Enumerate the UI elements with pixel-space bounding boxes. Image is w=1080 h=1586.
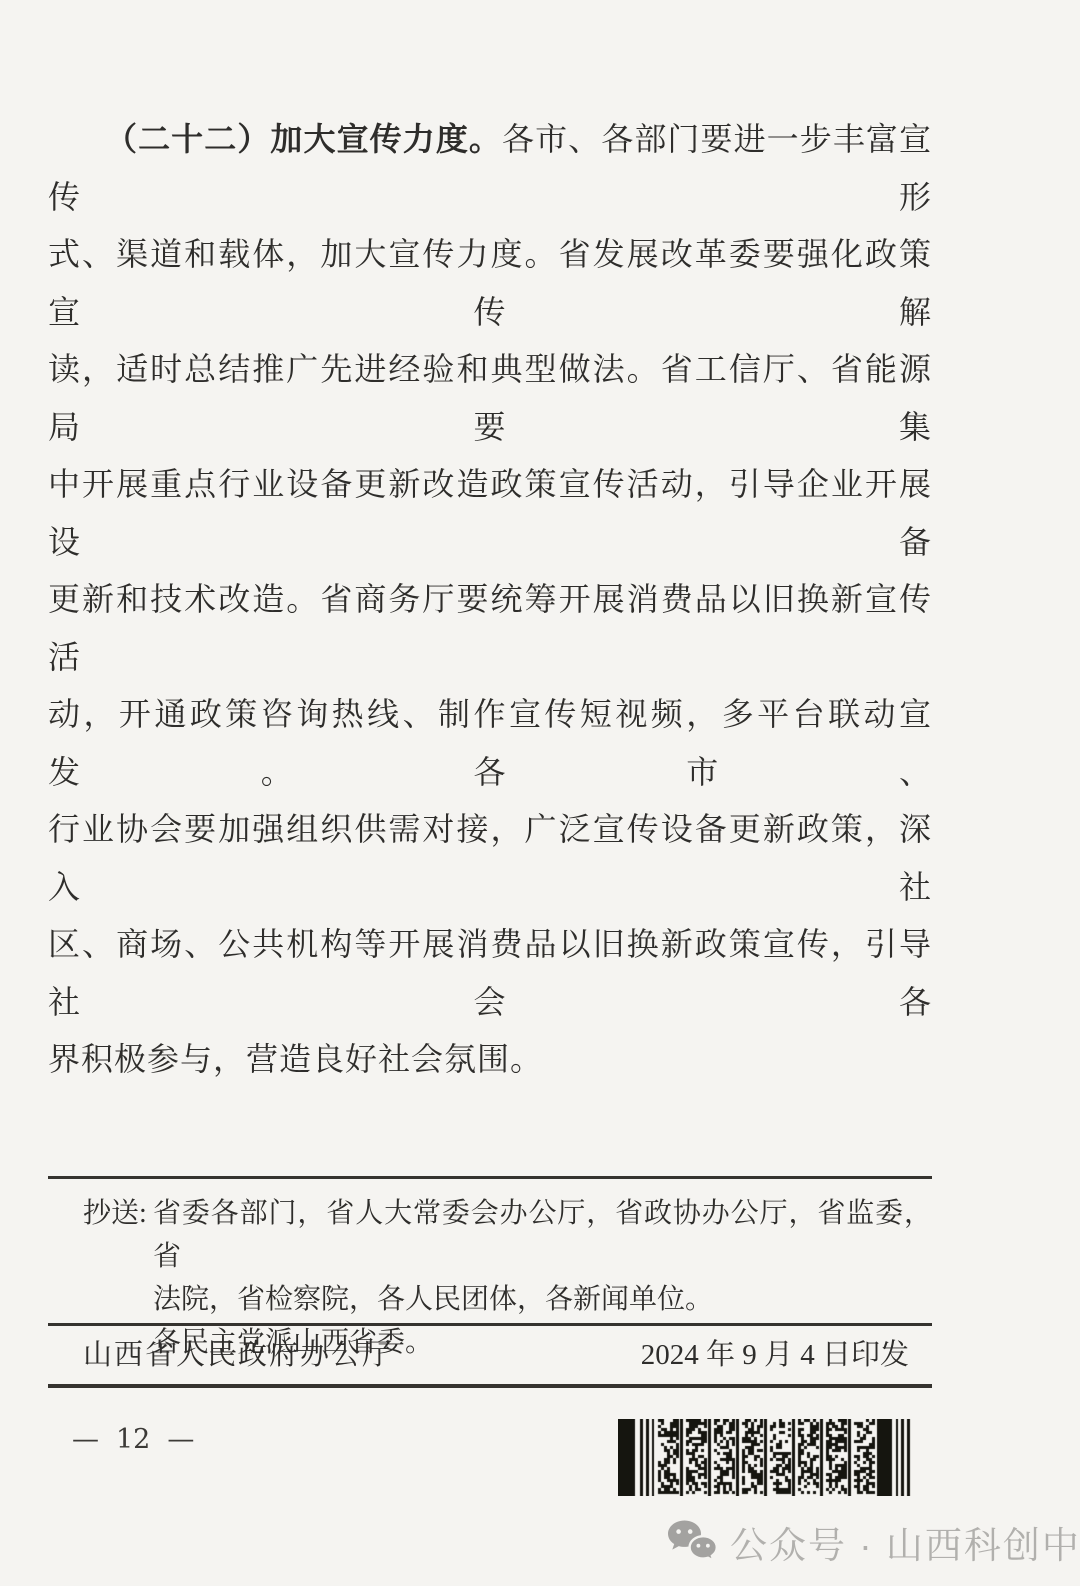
issuer-row: 山西省人民政府办公厅 2024 年 9 月 4 日印发 <box>83 1338 909 1372</box>
print-date: 2024 年 9 月 4 日印发 <box>641 1338 909 1372</box>
watermark-text: 公众号 · 山西科创中心 <box>730 1515 1080 1569</box>
paragraph-line: 中开展重点行业设备更新改造政策宣传活动，引导企业开展设备 <box>48 456 932 571</box>
page-number: — 12 — <box>72 1424 194 1455</box>
issuing-office: 山西省人民政府办公厅 <box>83 1338 393 1372</box>
paragraph-line: 读，适时总结推广先进经验和典型做法。省工信厅、省能源局要集 <box>48 341 932 456</box>
divider-bottom <box>48 1384 932 1388</box>
clause-heading: （二十二）加大宣传力度。 <box>105 121 502 157</box>
paragraph-line: 更新和技术改造。省商务厅要统筹开展消费品以旧换新宣传活 <box>48 571 932 686</box>
page-number-value: 12 <box>116 1424 150 1455</box>
page-number-dash: — <box>72 1424 99 1455</box>
page-number-dash: — <box>167 1424 194 1455</box>
paragraph-line: 区、商场、公共机构等开展消费品以旧换新政策宣传，引导社会各 <box>48 916 932 1031</box>
paragraph-line: 行业协会要加强组织供需对接，广泛宣传设备更新政策，深入社 <box>48 801 932 916</box>
document-page: （二十二）加大宣传力度。各市、各部门要进一步丰富宣传形 式、渠道和载体，加大宣传… <box>0 0 1080 1586</box>
paragraph-line: 式、渠道和载体，加大宣传力度。省发展改革委要强化政策宣传解 <box>48 226 932 341</box>
wechat-icon <box>666 1519 718 1566</box>
barcode <box>618 1419 914 1496</box>
copy-to-line: 法院，省检察院，各人民团体，各新闻单位。 <box>153 1278 932 1321</box>
divider-top <box>48 1176 932 1179</box>
paragraph-line: （二十二）加大宣传力度。各市、各部门要进一步丰富宣传形 <box>48 111 932 226</box>
watermark: 公众号 · 山西科创中心 <box>666 1515 1080 1569</box>
copy-to-label: 抄送: <box>83 1192 153 1235</box>
copy-to-line: 省委各部门，省人大常委会办公厅，省政协办公厅，省监委，省 <box>153 1192 932 1278</box>
paragraph-line: 界积极参与，营造良好社会氛围。 <box>48 1031 932 1089</box>
body-text: （二十二）加大宣传力度。各市、各部门要进一步丰富宣传形 式、渠道和载体，加大宣传… <box>48 111 932 1089</box>
paragraph-line: 动，开通政策咨询热线、制作宣传短视频，多平台联动宣发。各市、 <box>48 686 932 801</box>
